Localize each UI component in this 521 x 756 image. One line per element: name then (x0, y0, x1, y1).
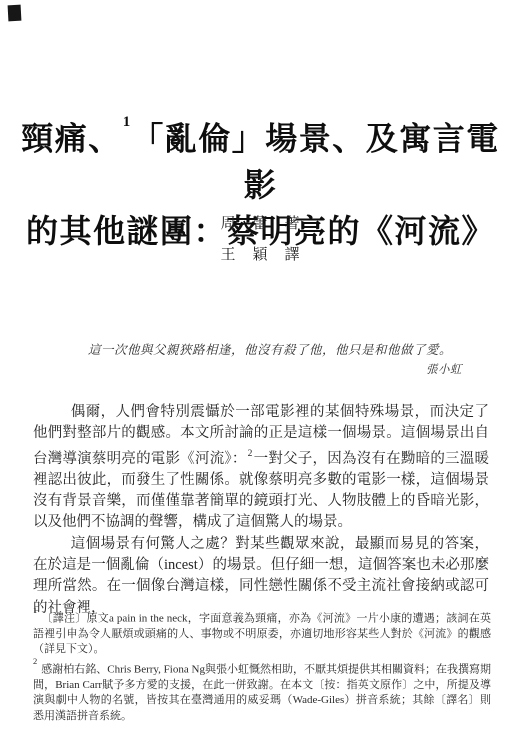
footnote-1: 1〔譯注〕原文a pain in the neck，字面意義為頸痛，亦為《河流》… (33, 607, 491, 657)
paragraph-1: 偶爾，人們會特別震懾於一部電影裡的某個特殊場景，而決定了他們對整部片的觀感。本文… (33, 402, 489, 534)
footnote-2: 2感謝柏右銘、Chris Berry, Fiona Ng與張小虹慨然相助，不厭其… (33, 658, 491, 723)
byline: 周 蕾 著 王 穎 譯 (0, 209, 521, 271)
body-footnote-marker-2: 2 (248, 449, 253, 459)
epigraph: 這一次他與父親狹路相逢，他沒有殺了他，他只是和他做了愛。 張小虹 (88, 342, 464, 379)
scanned-document-page: 頸痛、1「亂倫」場景、及寓言電影 的其他謎團：蔡明亮的《河流》 周 蕾 著 王 … (0, 0, 521, 756)
footnote-2-text: 感謝柏右銘、Chris Berry, Fiona Ng與張小虹慨然相助，不厭其煩… (33, 664, 491, 722)
author-line: 周 蕾 著 (0, 209, 521, 240)
article-title-line1-post: 「亂倫」場景、及寓言電影 (131, 121, 500, 203)
footnote-2-number: 2 (33, 656, 37, 666)
epigraph-quote: 這一次他與父親狹路相逢，他沒有殺了他，他只是和他做了愛。 (88, 342, 464, 359)
footnotes-section: 1〔譯注〕原文a pain in the neck，字面意義為頸痛，亦為《河流》… (33, 607, 491, 725)
footnote-1-text: 〔譯注〕原文a pain in the neck，字面意義為頸痛，亦為《河流》一… (33, 613, 491, 655)
title-footnote-marker-1: 1 (123, 114, 131, 130)
scan-artifact-mark (8, 5, 22, 22)
article-body: 偶爾，人們會特別震懾於一部電影裡的某個特殊場景，而決定了他們對整部片的觀感。本文… (33, 402, 489, 619)
translator-line: 王 穎 譯 (0, 240, 521, 271)
epigraph-attribution: 張小虹 (88, 362, 464, 379)
footnote-1-number: 1 (33, 605, 37, 615)
article-title-line1-pre: 頸痛、 (21, 121, 122, 157)
